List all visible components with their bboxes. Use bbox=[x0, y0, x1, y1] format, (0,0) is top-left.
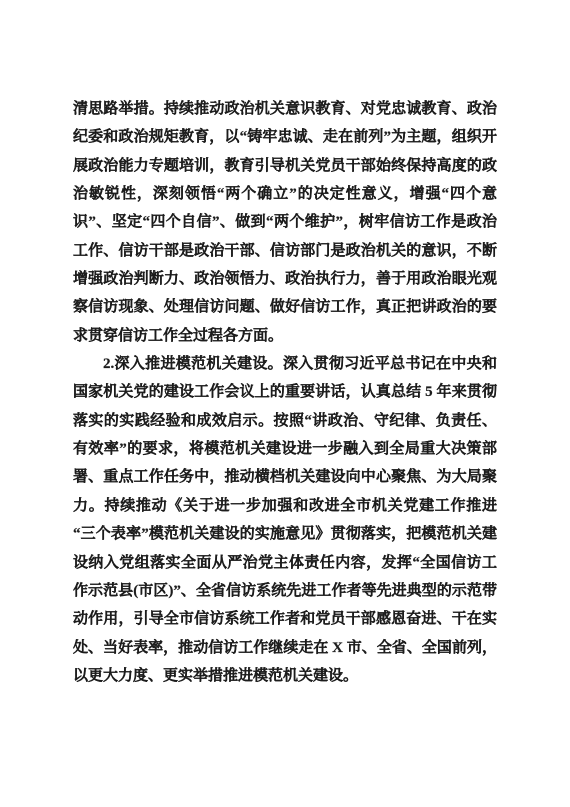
document-page: 清思路举措。持续推动政治机关意识教育、对党忠诚教育、政治纪委和政治规矩教育，以“… bbox=[0, 0, 570, 807]
scanned-document: { "page": { "background_color": "#ffffff… bbox=[0, 0, 570, 807]
paragraph-continuation: 清思路举措。持续推动政治机关意识教育、对党忠诚教育、政治纪委和政治规矩教育，以“… bbox=[73, 95, 497, 350]
paragraph-item-2: 2.深入推进模范机关建设。深入贯彻习近平总书记在中央和国家机关党的建设工作会议上… bbox=[73, 350, 497, 690]
